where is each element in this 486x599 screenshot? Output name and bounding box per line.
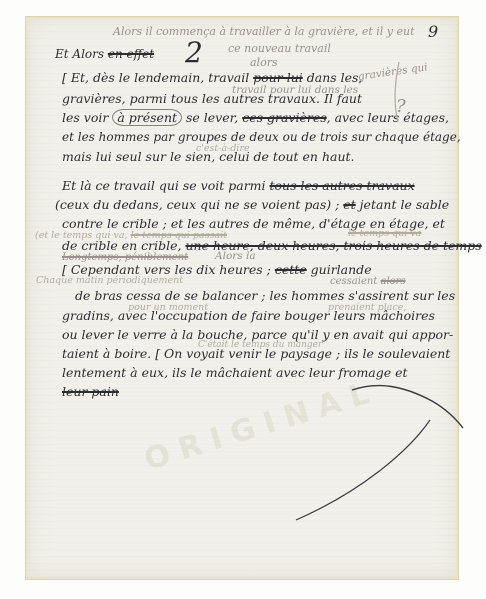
manuscript-line: Alors il commença à travailler à la grav… (113, 26, 415, 37)
manuscript-line: mais lui seul sur le sien, celui de tout… (62, 151, 355, 164)
text-segment: gradins, avec l'occupation de faire boug… (62, 308, 435, 323)
text-segment: pour lui (253, 70, 303, 85)
text-segment: Et Alors (55, 47, 108, 61)
text-segment: . (482, 238, 486, 253)
text-segment: dans les, (303, 70, 363, 85)
text-segment: de crible en crible, (62, 238, 185, 253)
text-segment: Alors la (215, 250, 256, 262)
text-segment: Chaque matin périodiquement (36, 275, 183, 286)
text-segment: Alors il commença à travailler à la grav… (113, 25, 415, 38)
text-segment: de bras cessa de se balancer ; les homme… (75, 288, 455, 303)
text-segment: [ Et, dès le lendemain, travail (62, 70, 253, 85)
manuscript-scan: ORIGINAL 9 2 Alors il commença à travail… (0, 0, 486, 599)
text-segment: alors (250, 56, 278, 69)
manuscript-line: de bras cessa de se balancer ; les homme… (75, 290, 455, 303)
text-segment: les voir (62, 110, 112, 125)
text-segment: leur pain (62, 384, 119, 399)
text-segment: Et là ce travail qui se voit parmi (62, 178, 270, 193)
text-segment: à présent (112, 109, 182, 126)
text-segment: tous les autres travaux (270, 178, 415, 193)
manuscript-line: Alors la (215, 251, 256, 262)
manuscript-line: Et Alors en effet (55, 48, 154, 60)
text-segment: (ceux du dedans, ceux qui ne se voient p… (55, 197, 343, 212)
text-segment: gravières, parmi tous les autres travaux… (62, 91, 362, 106)
text-segment: lentement à eux, ils le mâchaient avec l… (62, 365, 408, 380)
manuscript-line: de crible en crible, une heure, deux heu… (62, 240, 486, 253)
manuscript-line: Et là ce travail qui se voit parmi tous … (62, 180, 415, 193)
text-segment: et (343, 197, 355, 212)
manuscript-line: Chaque matin périodiquement (36, 276, 183, 286)
manuscript-line: [ Et, dès le lendemain, travail pour lui… (62, 72, 362, 85)
manuscript-line: leur pain (62, 386, 119, 399)
text-segment: ce nouveau travail (228, 42, 331, 55)
manuscript-line: et les hommes par groupes de deux ou de … (62, 131, 461, 143)
text-segment: jetant le sable (356, 197, 449, 212)
manuscript-line: alors (250, 57, 278, 68)
text-segment: cessaient (330, 276, 381, 287)
text-segment: alors (381, 276, 406, 287)
text-segment: taient à boire. [ On voyait venir le pay… (62, 346, 450, 361)
manuscript-line: gravières, parmi tous les autres travaux… (62, 93, 362, 106)
text-segment: en effet (108, 47, 154, 61)
manuscript-line: les voir à présent se lever, ces gravièr… (62, 112, 449, 125)
manuscript-line: taient à boire. [ On voyait venir le pay… (62, 348, 450, 361)
section-number: 2 (185, 36, 203, 69)
manuscript-line: (ceux du dedans, ceux qui ne se voient p… (55, 199, 449, 212)
text-segment: et les hommes par groupes de deux ou de … (62, 130, 461, 144)
manuscript-line: ce nouveau travail (228, 43, 331, 54)
manuscript-line: gradins, avec l'occupation de faire boug… (62, 310, 435, 323)
text-segment: ces gravières (242, 110, 326, 125)
text-segment: guirlande (307, 262, 372, 277)
text-segment: mais lui seul sur le sien, celui de tout… (62, 149, 355, 164)
text-segment: se lever, (182, 110, 242, 125)
text-segment: cette (275, 262, 307, 277)
text-segment: , avec leurs étages, (327, 110, 449, 125)
manuscript-line: cessaient alors (330, 277, 406, 287)
manuscript-line: lentement à eux, ils le mâchaient avec l… (62, 367, 408, 380)
page-number: 9 (428, 22, 438, 41)
